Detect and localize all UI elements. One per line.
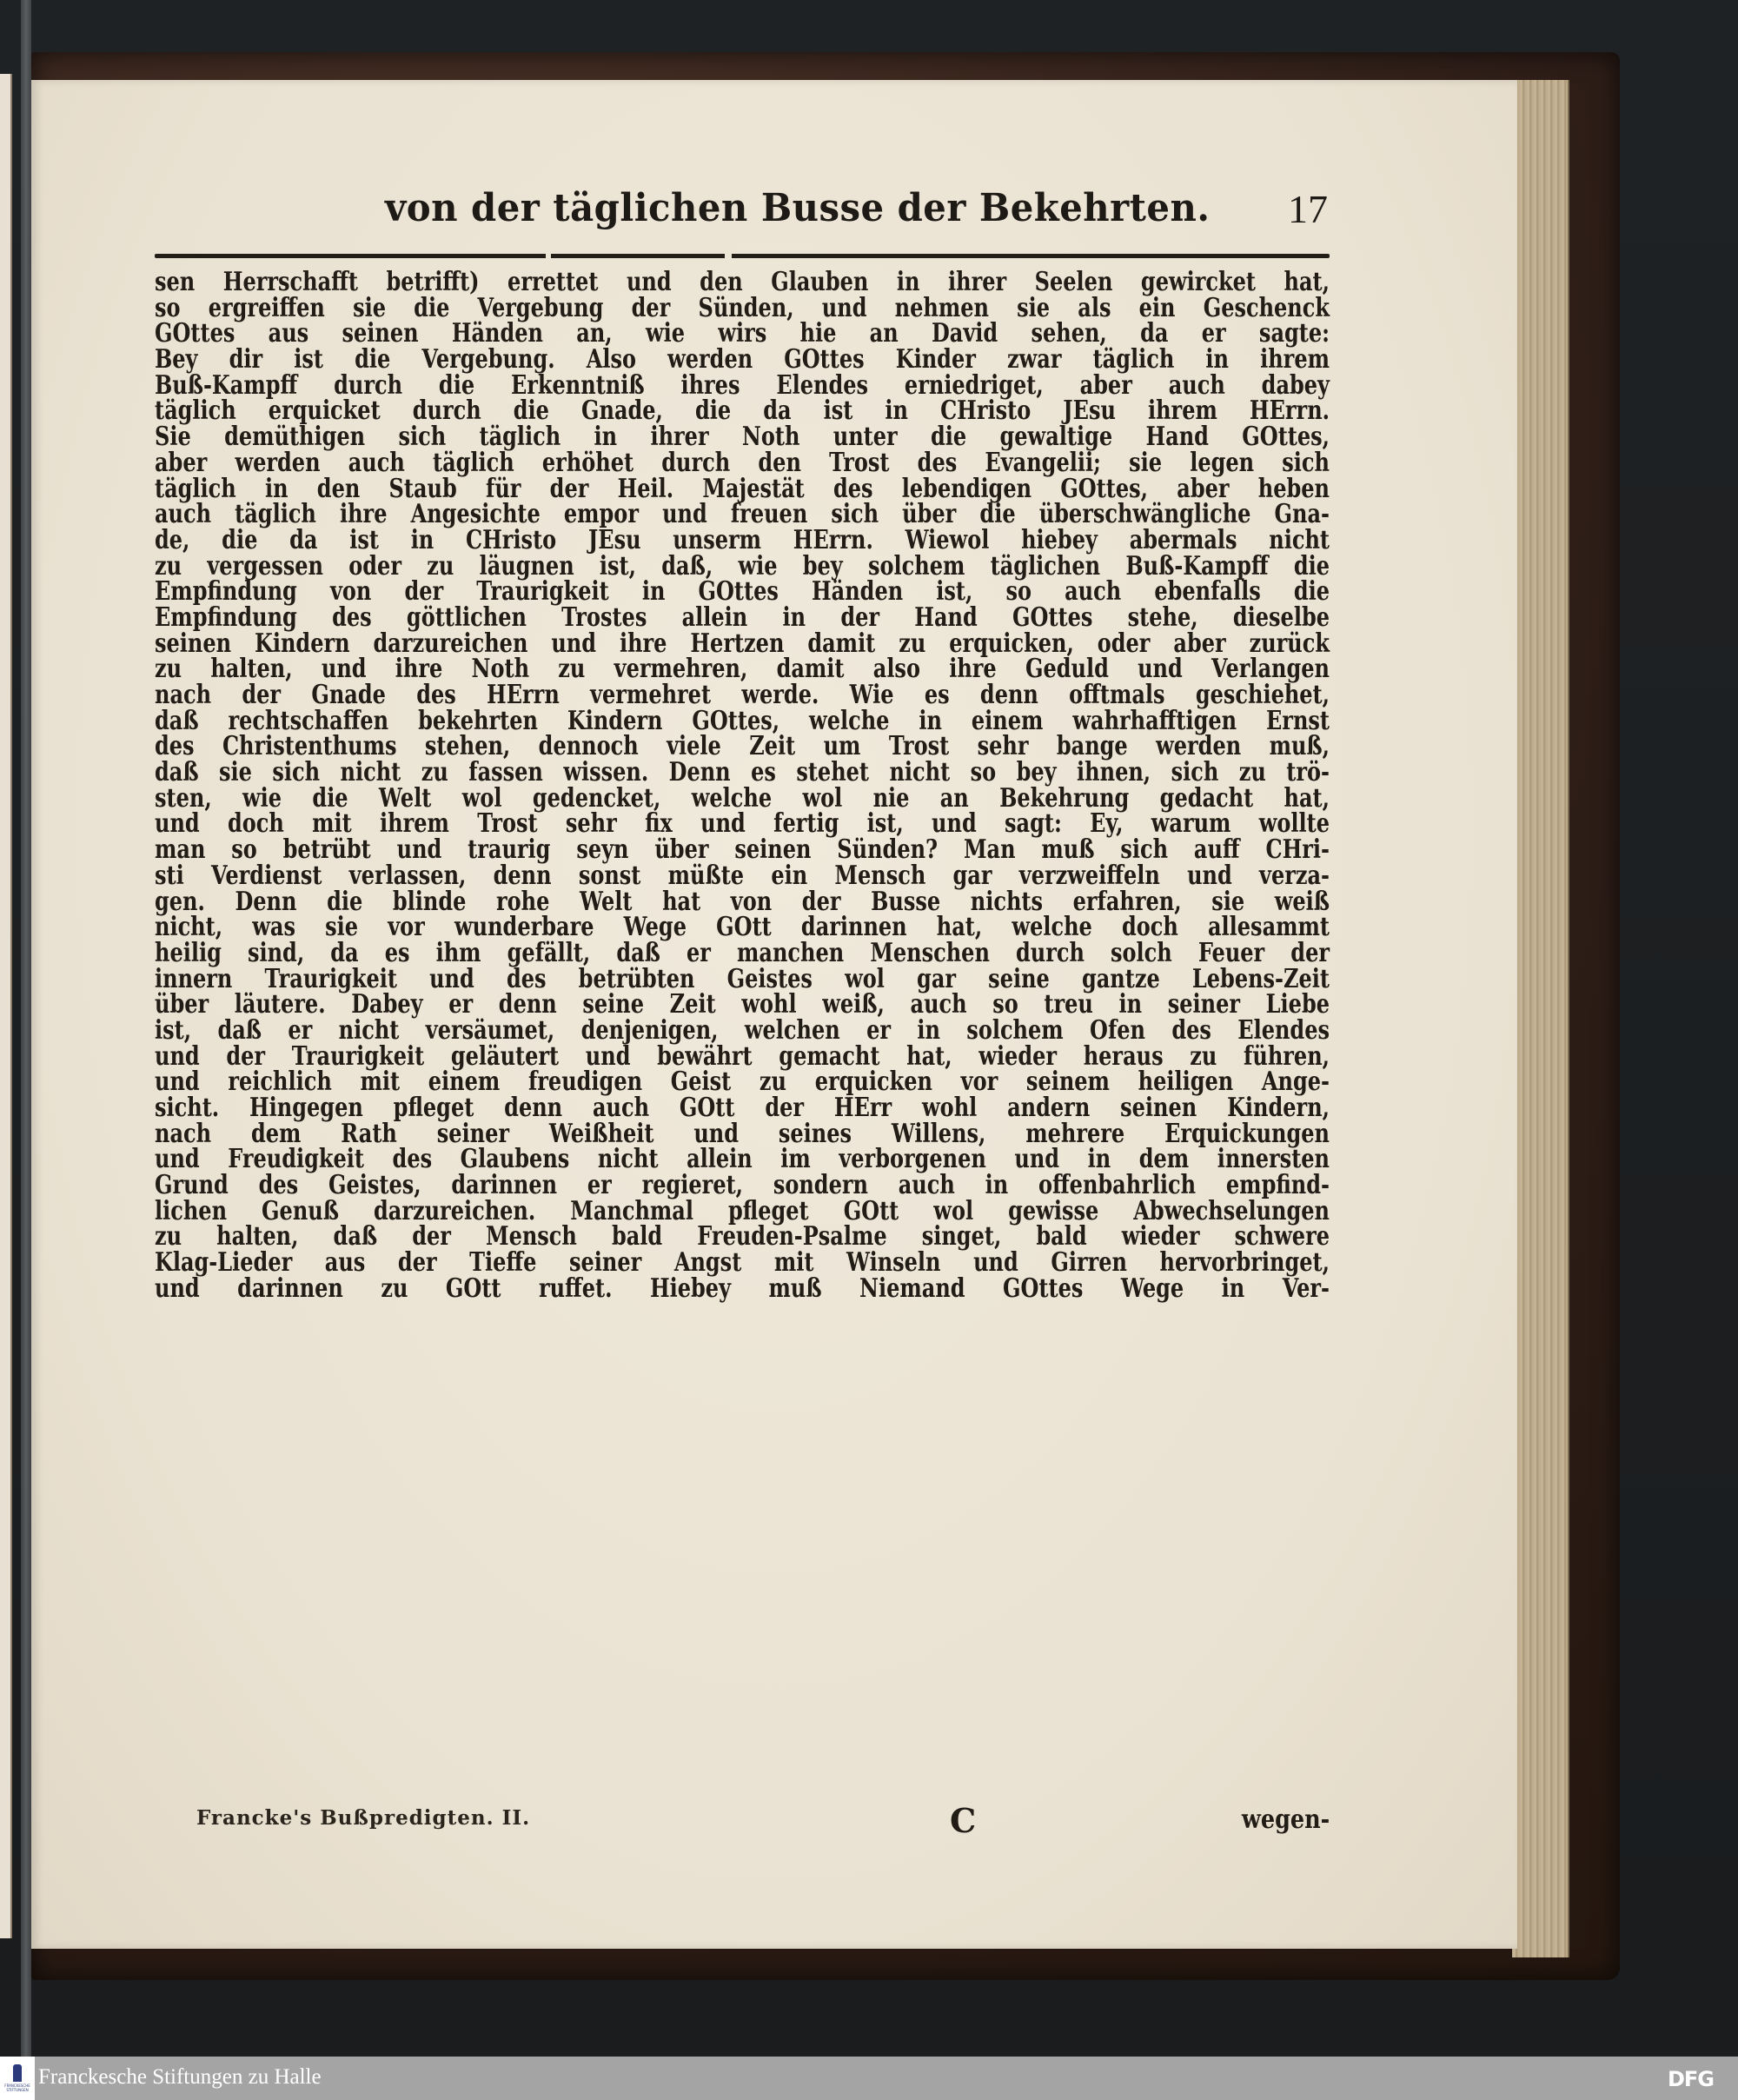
text-line: Empfindung von der Traurigkeit in GOttes… xyxy=(155,579,1330,605)
text-line: Grund des Geistes, darinnen er regieret,… xyxy=(155,1173,1330,1199)
text-line: täglich in den Staub für der Heil. Majes… xyxy=(155,476,1330,502)
body-text: sen Herrschafft betrifft) errettet und d… xyxy=(155,269,1330,1302)
text-line: sti Verdienst verlassen, denn sonst müßt… xyxy=(155,863,1330,889)
text-line: und doch mit ihrem Trost sehr fix und fe… xyxy=(155,811,1330,837)
rule-break xyxy=(546,253,551,259)
logo-figure-icon xyxy=(13,2064,22,2082)
catchword: wegen- xyxy=(1242,1804,1330,1835)
text-line: innern Traurigkeit und des betrübten Gei… xyxy=(155,967,1330,993)
signature-mark: C xyxy=(950,1801,976,1840)
text-line: Empfindung des göttlichen Trostes allein… xyxy=(155,605,1330,631)
logo-caption: FRANCKESCHE STIFTUNGEN xyxy=(0,2083,35,2092)
text-line: des Christenthums stehen, dennoch viele … xyxy=(155,734,1330,760)
text-line: auch täglich ihre Angesichte empor und f… xyxy=(155,502,1330,528)
head-rule xyxy=(155,254,1330,258)
page-stack-edge xyxy=(1512,80,1569,1957)
signature-title: Francke's Bußpredigten. II. xyxy=(196,1806,530,1830)
text-line: über läutere. Dabey er denn seine Zeit w… xyxy=(155,992,1330,1018)
text-line: Buß-Kampff durch die Erkenntniß ihres El… xyxy=(155,373,1330,399)
text-line: lichen Genuß darzureichen. Manchmal pfle… xyxy=(155,1199,1330,1225)
text-line: zu vergessen oder zu läugnen ist, daß, w… xyxy=(155,554,1330,580)
funder-logo[interactable]: DFG xyxy=(1668,2067,1714,2091)
text-line: Klag-Lieder aus der Tieffe seiner Angst … xyxy=(155,1250,1330,1276)
text-line: sicht. Hingegen pfleget denn auch GOtt d… xyxy=(155,1095,1330,1121)
text-line: Bey dir ist die Vergebung. Also werden G… xyxy=(155,347,1330,373)
text-line: und reichlich mit einem freudigen Geist … xyxy=(155,1069,1330,1095)
text-line: täglich erquicket durch die Gnade, die d… xyxy=(155,398,1330,424)
text-line: heilig sind, da es ihm gefällt, daß er m… xyxy=(155,940,1330,967)
text-line: daß sie sich nicht zu fassen wissen. Den… xyxy=(155,760,1330,786)
page-number: 17 xyxy=(1288,186,1328,232)
text-line: sten, wie die Welt wol gedencket, welche… xyxy=(155,786,1330,812)
text-line: und darinnen zu GOtt ruffet. Hiebey muß … xyxy=(155,1276,1330,1302)
text-line: so ergreiffen sie die Vergebung der Sünd… xyxy=(155,296,1330,322)
text-line: zu halten, und ihre Noth zu vermehren, d… xyxy=(155,656,1330,682)
running-title: von der täglichen Busse der Bekehrten. xyxy=(385,186,1210,230)
text-line: sen Herrschafft betrifft) errettet und d… xyxy=(155,269,1330,296)
text-line: aber werden auch täglich erhöhet durch d… xyxy=(155,450,1330,476)
text-lines: sen Herrschafft betrifft) errettet und d… xyxy=(155,269,1330,1302)
running-head: von der täglichen Busse der Bekehrten. 1… xyxy=(155,179,1328,240)
institution-logo[interactable]: FRANCKESCHE STIFTUNGEN xyxy=(0,2057,35,2100)
text-line: und der Traurigkeit geläutert und bewähr… xyxy=(155,1044,1330,1070)
institution-name: Franckesche Stiftungen zu Halle xyxy=(38,2065,322,2090)
page-footer: Francke's Bußpredigten. II. C wegen- xyxy=(155,1804,1330,1839)
text-line: gen. Denn die blinde rohe Welt hat von d… xyxy=(155,889,1330,915)
text-line: nicht, was sie vor wunderbare Wege GOtt … xyxy=(155,914,1330,940)
text-line: man so betrübt und traurig seyn über sei… xyxy=(155,837,1330,863)
left-page-edge xyxy=(0,74,12,1938)
text-line: ist, daß er nicht versäumet, denjenigen,… xyxy=(155,1018,1330,1044)
text-line: seinen Kindern darzureichen und ihre Her… xyxy=(155,631,1330,657)
text-line: nach der Gnade des HErrn vermehret werde… xyxy=(155,682,1330,708)
text-line: Sie demüthigen sich täglich in ihrer Not… xyxy=(155,424,1330,450)
text-line: de, die da ist in CHristo JEsu unserm HE… xyxy=(155,528,1330,554)
text-line: daß rechtschaffen bekehrten Kindern GOtt… xyxy=(155,708,1330,734)
rule-break xyxy=(725,253,732,259)
text-line: zu halten, daß der Mensch bald Freuden-P… xyxy=(155,1224,1330,1250)
text-line: und Freudigkeit des Glaubens nicht allei… xyxy=(155,1146,1330,1173)
scan-ruler-strip xyxy=(21,0,31,2057)
text-line: GOttes aus seinen Händen an, wie wirs hi… xyxy=(155,321,1330,347)
text-line: nach dem Rath seiner Weißheit und seines… xyxy=(155,1121,1330,1147)
provider-bar: FRANCKESCHE STIFTUNGEN Franckesche Stift… xyxy=(0,2057,1738,2100)
